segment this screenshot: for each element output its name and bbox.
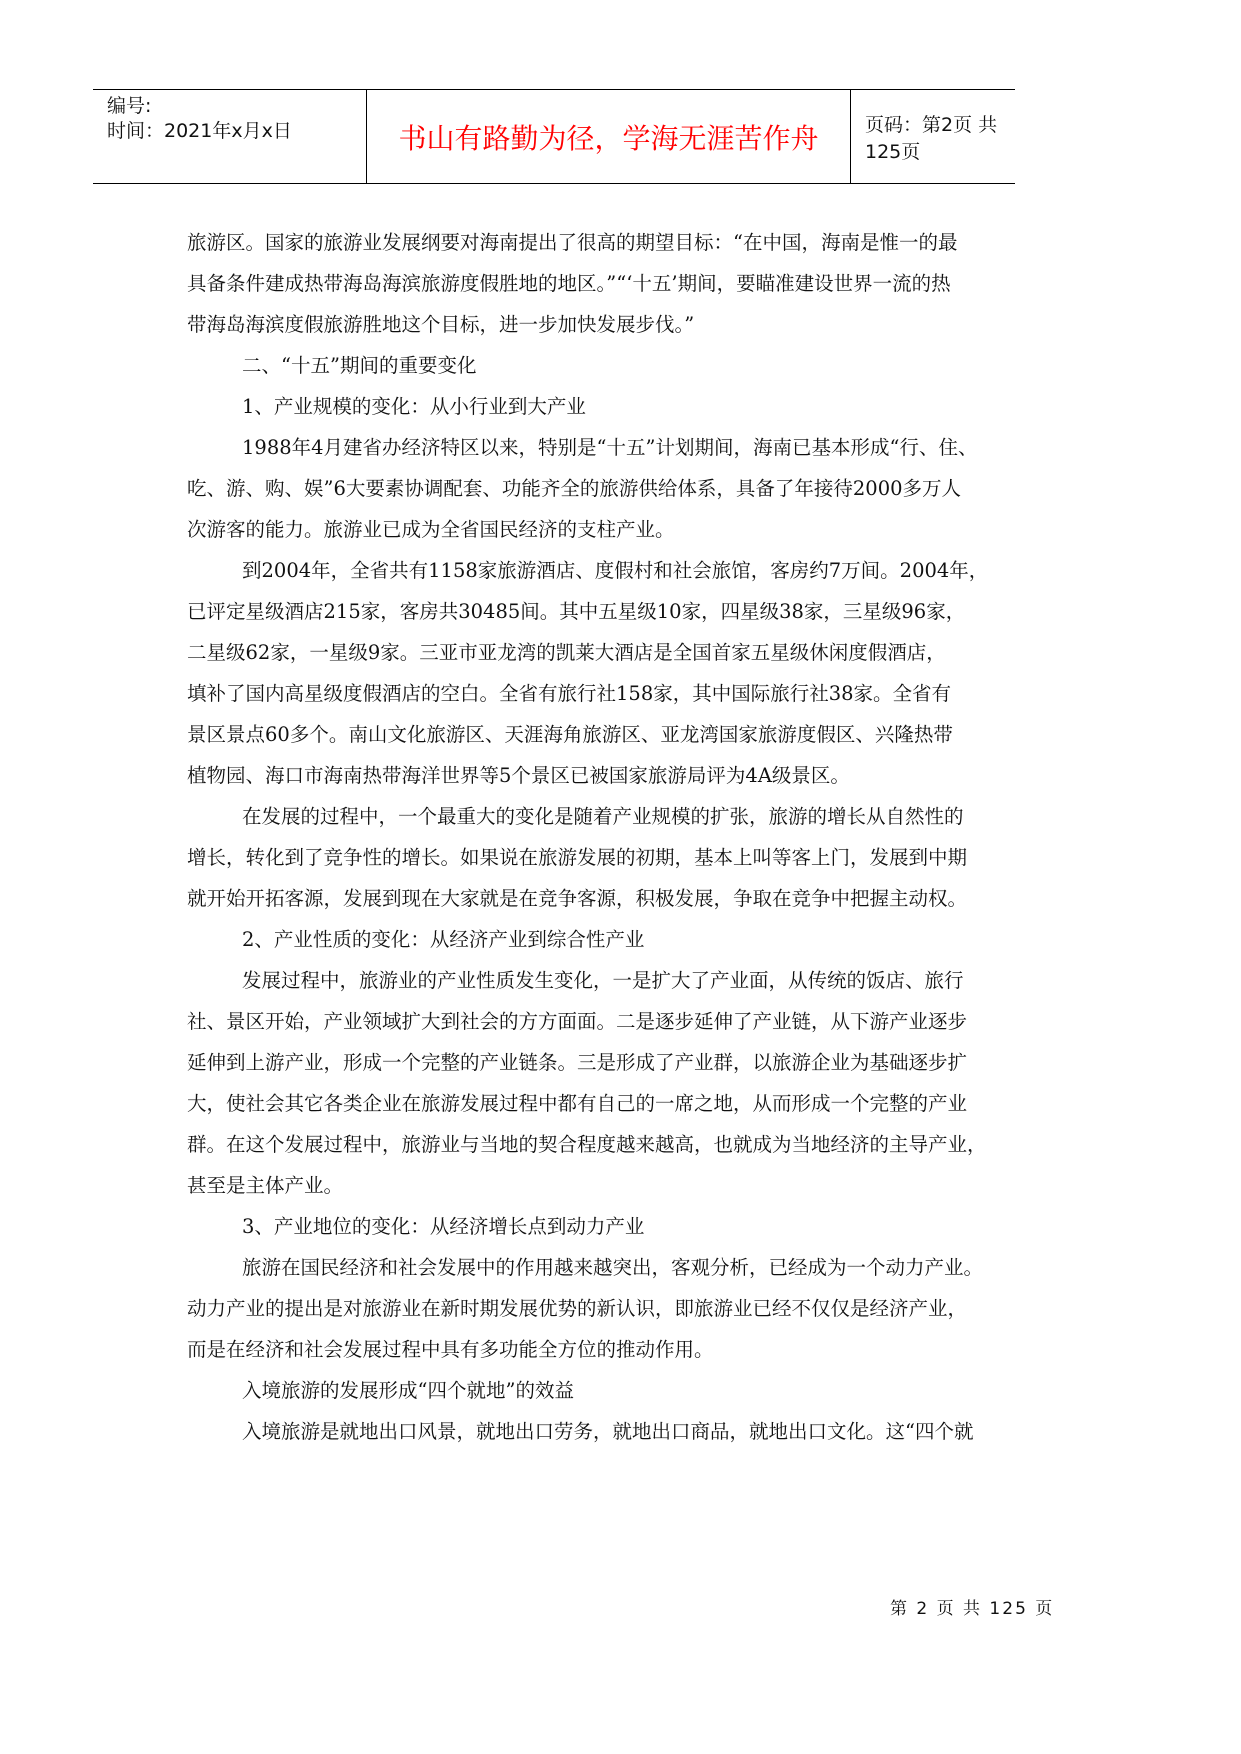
document-number-label: 编号: — [107, 94, 366, 119]
paragraph-line: 就开始开拓客源，发展到现在大家就是在竞争客源，积极发展，争取在竞争中把握主动权。 — [187, 878, 1055, 919]
paragraph-line: 二星级62家，一星级9家。三亚市亚龙湾的凯莱大酒店是全国首家五星级休闲度假酒店， — [187, 632, 1055, 673]
paragraph-line: 3、产业地位的变化：从经济增长点到动力产业 — [187, 1206, 1055, 1247]
document-date: 时间：2021年x月x日 — [107, 119, 366, 144]
paragraph-line: 增长，转化到了竞争性的增长。如果说在旅游发展的初期，基本上叫等客上门，发展到中期 — [187, 837, 1055, 878]
paragraph-line: 群。在这个发展过程中，旅游业与当地的契合程度越来越高，也就成为当地经济的主导产业… — [187, 1124, 1055, 1165]
paragraph-line: 次游客的能力。旅游业已成为全省国民经济的支柱产业。 — [187, 509, 1055, 550]
document-body: 旅游区。国家的旅游业发展纲要对海南提出了很高的期望目标：“在中国，海南是惟一的最… — [187, 222, 1055, 1452]
header-page-cell: 页码：第2页 共125页 — [851, 90, 1015, 183]
paragraph-line: 具备条件建成热带海岛海滨旅游度假胜地的地区。”“‘十五’期间，要瞄准建设世界一流… — [187, 263, 1055, 304]
paragraph-line: 在发展的过程中，一个最重大的变化是随着产业规模的扩张，旅游的增长从自然性的 — [187, 796, 1055, 837]
paragraph-line: 景区景点60多个。南山文化旅游区、天涯海角旅游区、亚龙湾国家旅游度假区、兴隆热带 — [187, 714, 1055, 755]
paragraph-line: 旅游在国民经济和社会发展中的作用越来越突出，客观分析，已经成为一个动力产业。 — [187, 1247, 1055, 1288]
paragraph-line: 到2004年，全省共有1158家旅游酒店、度假村和社会旅馆，客房约7万间。200… — [187, 550, 1055, 591]
motto-text: 书山有路勤为径，学海无涯苦作舟 — [398, 117, 818, 157]
paragraph-line: 二、“十五”期间的重要变化 — [187, 345, 1055, 386]
paragraph-line: 入境旅游的发展形成“四个就地”的效益 — [187, 1370, 1055, 1411]
paragraph-line: 延伸到上游产业，形成一个完整的产业链条。三是形成了产业群，以旅游企业为基础逐步扩 — [187, 1042, 1055, 1083]
paragraph-line: 吃、游、购、娱”6大要素协调配套、功能齐全的旅游供给体系，具备了年接待2000多… — [187, 468, 1055, 509]
paragraph-line: 填补了国内高星级度假酒店的空白。全省有旅行社158家，其中国际旅行社38家。全省… — [187, 673, 1055, 714]
paragraph-line: 甚至是主体产业。 — [187, 1165, 1055, 1206]
paragraph-line: 植物园、海口市海南热带海洋世界等5个景区已被国家旅游局评为4A级景区。 — [187, 755, 1055, 796]
paragraph-line: 社、景区开始，产业领域扩大到社会的方方面面。二是逐步延伸了产业链，从下游产业逐步 — [187, 1001, 1055, 1042]
paragraph-line: 大，使社会其它各类企业在旅游发展过程中都有自己的一席之地，从而形成一个完整的产业 — [187, 1083, 1055, 1124]
paragraph-line: 而是在经济和社会发展过程中具有多功能全方位的推动作用。 — [187, 1329, 1055, 1370]
paragraph-line: 已评定星级酒店215家，客房共30485间。其中五星级10家，四星级38家，三星… — [187, 591, 1055, 632]
paragraph-line: 旅游区。国家的旅游业发展纲要对海南提出了很高的期望目标：“在中国，海南是惟一的最 — [187, 222, 1055, 263]
header-motto-cell: 书山有路勤为径，学海无涯苦作舟 — [367, 90, 851, 183]
paragraph-line: 2、产业性质的变化：从经济产业到综合性产业 — [187, 919, 1055, 960]
header-left-cell: 编号: 时间：2021年x月x日 — [93, 90, 367, 183]
page-code: 页码：第2页 共125页 — [865, 110, 1015, 164]
paragraph-line: 动力产业的提出是对旅游业在新时期发展优势的新认识，即旅游业已经不仅仅是经济产业， — [187, 1288, 1055, 1329]
paragraph-line: 发展过程中，旅游业的产业性质发生变化，一是扩大了产业面，从传统的饭店、旅行 — [187, 960, 1055, 1001]
document-header: 编号: 时间：2021年x月x日 书山有路勤为径，学海无涯苦作舟 页码：第2页 … — [93, 89, 1015, 184]
paragraph-line: 入境旅游是就地出口风景，就地出口劳务，就地出口商品，就地出口文化。这“四个就 — [187, 1411, 1055, 1452]
paragraph-line: 带海岛海滨度假旅游胜地这个目标，进一步加快发展步伐。” — [187, 304, 1055, 345]
paragraph-line: 1、产业规模的变化：从小行业到大产业 — [187, 386, 1055, 427]
paragraph-line: 1988年4月建省办经济特区以来，特别是“十五”计划期间，海南已基本形成“行、住… — [187, 427, 1055, 468]
page-footer: 第 2 页 共 125 页 — [890, 1594, 1054, 1619]
